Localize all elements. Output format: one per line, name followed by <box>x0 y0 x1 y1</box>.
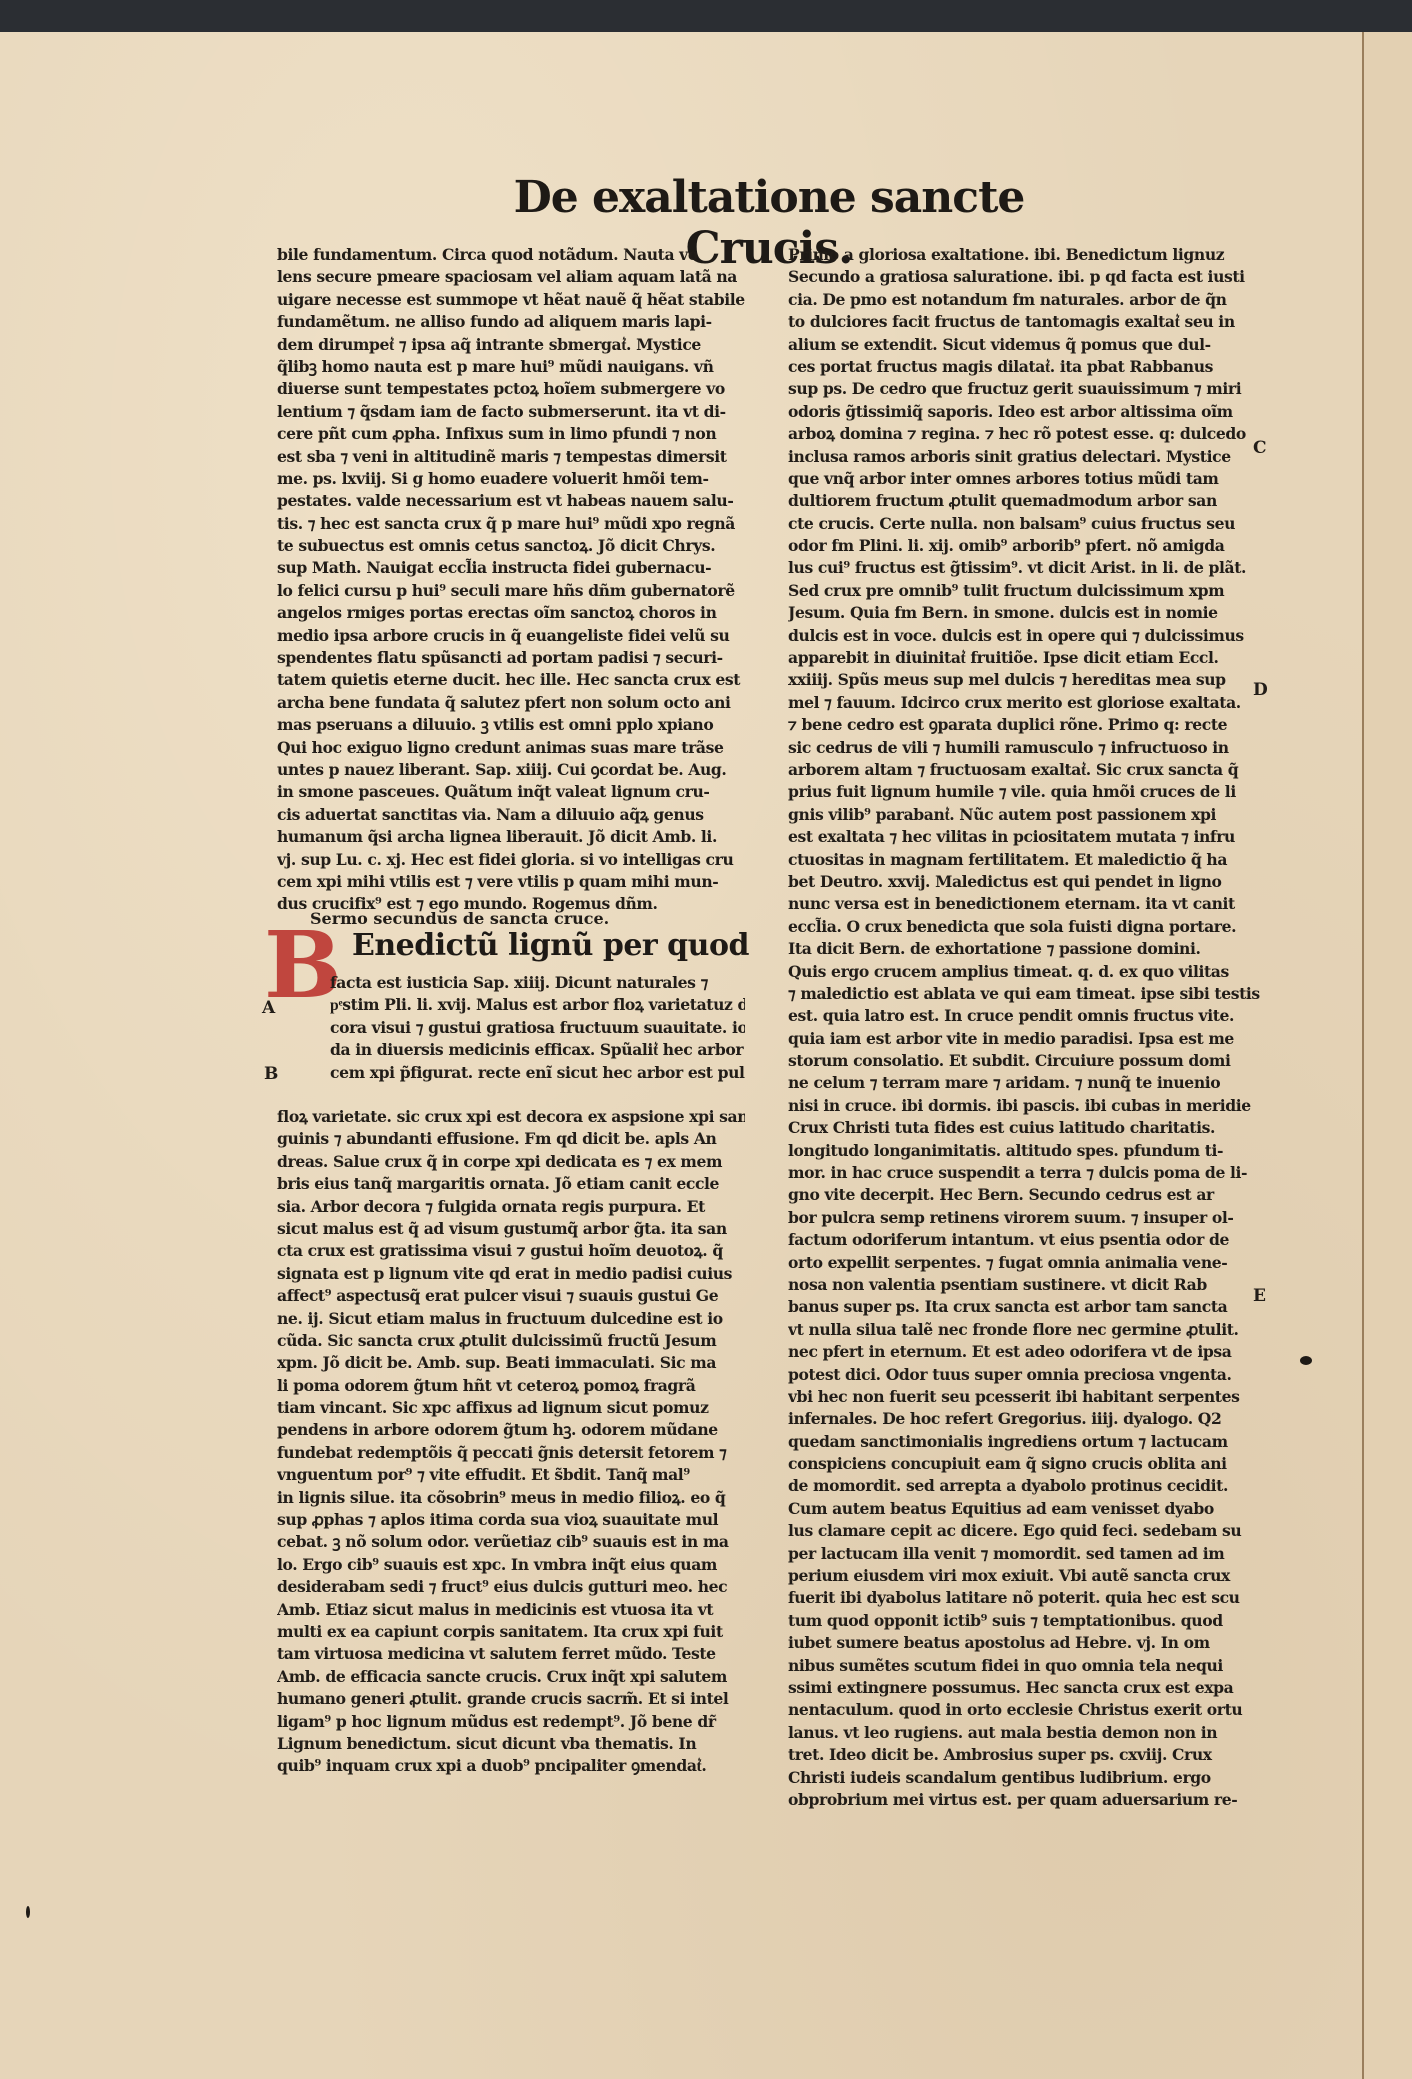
text-line: sup ꝓphas ⁊ aplos itima corda sua vioꝝ s… <box>277 1509 745 1531</box>
text-line: lanus. vt leo rugiens. aut mala bestia d… <box>788 1722 1268 1744</box>
text-line: fundamẽtum. ne alliso fundo ad aliquem m… <box>277 311 745 333</box>
margin-letter-d: D <box>1253 680 1268 700</box>
text-line: Christi iudeis scandalum gentibus ludibr… <box>788 1767 1268 1789</box>
text-line: cebat. ꝫ nõ solum odor. verũetiaz cib⁹ s… <box>277 1531 745 1553</box>
text-line: orto expellit serpentes. ⁊ fugat omnia a… <box>788 1252 1268 1274</box>
text-line: medio ipsa arbore crucis in q̃ euangelis… <box>277 625 745 647</box>
text-line: pendens in arbore odorem g̃tum hꝫ. odore… <box>277 1419 745 1441</box>
text-line: xpm. Jõ dicit be. Amb. sup. Beati immacu… <box>277 1352 745 1374</box>
text-line: dulcis est in voce. dulcis est in opere … <box>788 625 1268 647</box>
text-line: est. quia latro est. In cruce pendit omn… <box>788 1005 1268 1027</box>
text-line: nibus sumẽtes scutum fidei in quo omnia … <box>788 1655 1268 1677</box>
text-line: lentium ⁊ q̃sdam iam de facto submerseru… <box>277 401 745 423</box>
text-line: vnguentum por⁹ ⁊ vite effudit. Et s̃bdit… <box>277 1464 745 1486</box>
text-line: cere pñt cum ꝓpha. Infixus sum in limo p… <box>277 423 745 445</box>
text-line: Primo a gloriosa exaltatione. ibi. Bened… <box>788 244 1268 266</box>
text-line: cem xpi mihi vtilis est ⁊ vere vtilis p … <box>277 871 745 893</box>
text-line: floꝝ varietate. sic crux xpi est decora … <box>277 1106 745 1128</box>
text-line: signata est p lignum vite qd erat in med… <box>277 1263 745 1285</box>
text-line: untes p nauez liberant. Sap. xiiij. Cui … <box>277 759 745 781</box>
text-line: Ita dicit Bern. de exhortatione ⁊ passio… <box>788 938 1268 960</box>
right-column: Primo a gloriosa exaltatione. ibi. Bened… <box>788 244 1268 1811</box>
text-line: quib⁹ inquam crux xpi a duob⁹ pncipalite… <box>277 1755 745 1777</box>
text-line: diuerse sunt tempestates pctoꝝ hoĩem sub… <box>277 378 745 400</box>
text-line: odor fm Plini. li. xij. omib⁹ arborib⁹ p… <box>788 535 1268 557</box>
text-line: ctuositas in magnam fertilitatem. Et mal… <box>788 849 1268 871</box>
text-line: tatem quietis eterne ducit. hec ille. He… <box>277 669 745 691</box>
text-line: lus cui⁹ fructus est g̃tissim⁹. vt dicit… <box>788 557 1268 579</box>
text-line: cem xpi p̃figurat. recte enĩ sicut hec a… <box>330 1062 745 1084</box>
text-line: prius fuit lignum humile ⁊ vile. quia hm… <box>788 781 1268 803</box>
text-line: te subuectus est omnis cetus sanctoꝝ. Jõ… <box>277 535 745 557</box>
text-line: dreas. Salue crux q̃ in corpe xpi dedica… <box>277 1151 745 1173</box>
text-line: storum consolatio. Et subdit. Circuiure … <box>788 1050 1268 1072</box>
text-line: Jesum. Quia fm Bern. in smone. dulcis es… <box>788 602 1268 624</box>
text-line: odoris g̃tissimiq̃ saporis. Ideo est arb… <box>788 401 1268 423</box>
margin-letter-a: A <box>262 998 275 1018</box>
text-line: xxiiij. Spũs meus sup mel dulcis ⁊ hered… <box>788 669 1268 691</box>
text-line: fundebat redemptõis q̃ peccati g̃nis det… <box>277 1442 745 1464</box>
text-line: to dulciores facit fructus de tantomagis… <box>788 311 1268 333</box>
text-line: bet Deutro. xxvij. Maledictus est qui pe… <box>788 871 1268 893</box>
text-line: nentaculum. quod in orto ecclesie Christ… <box>788 1699 1268 1721</box>
text-line: tiam vincant. Sic xpc affixus ad lignum … <box>277 1397 745 1419</box>
text-line: obprobrium mei virtus est. per quam adue… <box>788 1789 1268 1811</box>
text-line: lens secure pmeare spaciosam vel aliam a… <box>277 266 745 288</box>
text-line: sup Math. Nauigat eccl̃ia instructa fide… <box>277 557 745 579</box>
text-line: in lignis silue. ita cõsobrin⁹ meus in m… <box>277 1487 745 1509</box>
page-fold-line <box>1362 32 1364 2079</box>
text-line: humanum q̃si archa lignea liberauit. Jõ … <box>277 826 745 848</box>
text-line: tum quod opponit ictib⁹ suis ⁊ temptatio… <box>788 1610 1268 1632</box>
text-line: arboꝝ domina ⁊ regina. ⁊ hec rõ potest e… <box>788 423 1268 445</box>
margin-letter-e: E <box>1253 1286 1266 1306</box>
ink-blot <box>1300 1356 1312 1365</box>
text-line: Cum autem beatus Equitius ad eam venisse… <box>788 1498 1268 1520</box>
text-line: tis. ⁊ hec est sancta crux q̃ p mare hui… <box>277 513 745 535</box>
text-line: guinis ⁊ abundanti effusione. Fm qd dici… <box>277 1128 745 1150</box>
text-line: perium eiusdem viri mox exiuit. Vbi autẽ… <box>788 1565 1268 1587</box>
text-line: gnis vilib⁹ parabant͛. Nũc autem post pa… <box>788 804 1268 826</box>
text-line: cis aduertat sanctitas via. Nam a diluui… <box>277 804 745 826</box>
text-line: apparebit in diuinitat͛ fruitiõe. Ipse d… <box>788 647 1268 669</box>
text-line: que vnq̃ arbor inter omnes arbores totiu… <box>788 468 1268 490</box>
text-line: cte crucis. Certe nulla. non balsam⁹ cui… <box>788 513 1268 535</box>
margin-letter-b: B <box>264 1064 278 1084</box>
text-line: nec pfert in eternum. Et est adeo odorif… <box>788 1341 1268 1363</box>
text-line: arborem altam ⁊ fructuosam exaltat͛. Sic… <box>788 759 1268 781</box>
text-line: dultiorem fructum ꝓtulit quemadmodum arb… <box>788 490 1268 512</box>
text-line: bor pulcra semp retinens virorem suum. ⁊… <box>788 1207 1268 1229</box>
text-line: potest dici. Odor tuus super omnia preci… <box>788 1364 1268 1386</box>
text-line: gno vite decerpit. Hec Bern. Secundo ced… <box>788 1184 1268 1206</box>
margin-letter-c: C <box>1253 438 1267 458</box>
text-line: longitudo longanimitatis. altitudo spes.… <box>788 1140 1268 1162</box>
text-line: ⁊ bene cedro est ꝯparata duplici rõne. P… <box>788 714 1268 736</box>
text-line: mas pseruans a diluuio. ꝫ vtilis est omn… <box>277 714 745 736</box>
text-line: lus clamare cepit ac dicere. Ego quid fe… <box>788 1520 1268 1542</box>
text-line: pͤstim Pli. li. xvij. Malus est arbor fl… <box>330 994 745 1016</box>
text-line: Amb. Etiaz sicut malus in medicinis est … <box>277 1599 745 1621</box>
text-line: vj. sup Lu. c. xj. Hec est fidei gloria.… <box>277 849 745 871</box>
text-line: tret. Ideo dicit be. Ambrosius super ps.… <box>788 1744 1268 1766</box>
text-line: alium se extendit. Sicut videmus q̃ pomu… <box>788 334 1268 356</box>
text-line: infernales. De hoc refert Gregorius. iii… <box>788 1408 1268 1430</box>
text-line: cora visui ⁊ gustui gratiosa fructuum su… <box>330 1017 745 1039</box>
text-line: iubet sumere beatus apostolus ad Hebre. … <box>788 1632 1268 1654</box>
sermon-heading: Sermo secundus de sancta cruce. <box>310 909 609 928</box>
text-line: dem dirumpet͛ ⁊ ipsa aq̃ intrante sbmerg… <box>277 334 745 356</box>
ink-mark <box>26 1906 30 1918</box>
left-column-sermon-head: facta est iusticia Sap. xiiij. Dicunt na… <box>330 972 745 1084</box>
text-line: ne celum ⁊ terram mare ⁊ aridam. ⁊ nunq̃… <box>788 1072 1268 1094</box>
text-line: sic cedrus de vili ⁊ humili ramusculo ⁊ … <box>788 737 1268 759</box>
text-line: Qui hoc exiguo ligno credunt animas suas… <box>277 737 745 759</box>
text-line: quedam sanctimonialis ingrediens ortum ⁊… <box>788 1431 1268 1453</box>
text-line: cta crux est gratissima visui ⁊ gustui h… <box>277 1240 745 1262</box>
text-line: sicut malus est q̃ ad visum gustumq̃ arb… <box>277 1218 745 1240</box>
text-line: tam virtuosa medicina vt salutem ferret … <box>277 1643 745 1665</box>
text-line: Quis ergo crucem amplius timeat. q. d. e… <box>788 961 1268 983</box>
scan-background <box>0 0 1412 36</box>
text-line: sup ps. De cedro que fructuz gerit suaui… <box>788 378 1268 400</box>
text-line: est sba ⁊ veni in altitudinẽ maris ⁊ tem… <box>277 446 745 468</box>
text-line: ne. ij. Sicut etiam malus in fructuum du… <box>277 1308 745 1330</box>
text-line: archa bene fundata q̃ salutez pfert non … <box>277 692 745 714</box>
text-line: facta est iusticia Sap. xiiij. Dicunt na… <box>330 972 745 994</box>
text-line: angelos rmiges portas erectas oĩm sancto… <box>277 602 745 624</box>
text-line: nisi in cruce. ibi dormis. ibi pascis. i… <box>788 1095 1268 1117</box>
text-line: Sed crux pre omnib⁹ tulit fructum dulcis… <box>788 580 1268 602</box>
text-line: ssimi extingnere possumus. Hec sancta cr… <box>788 1677 1268 1699</box>
text-line: Crux Christi tuta fides est cuius latitu… <box>788 1117 1268 1139</box>
text-line: nunc versa est in benedictionem eternam.… <box>788 893 1268 915</box>
text-line: desiderabam sedi ⁊ fruct⁹ eius dulcis gu… <box>277 1576 745 1598</box>
text-line: mel ⁊ fauum. Idcirco crux merito est glo… <box>788 692 1268 714</box>
text-line: ⁊ maledictio est ablata ve qui eam timea… <box>788 983 1268 1005</box>
text-line: ligam⁹ p hoc lignum mũdus est redempt⁹. … <box>277 1711 745 1733</box>
text-line: de momordit. sed arrepta a dyabolo proti… <box>788 1475 1268 1497</box>
text-line: inclusa ramos arboris sinit gratius dele… <box>788 446 1268 468</box>
text-line: lo felici cursu p hui⁹ seculi mare hñs d… <box>277 580 745 602</box>
text-line: spendentes flatu spũsancti ad portam pad… <box>277 647 745 669</box>
text-line: Secundo a gratiosa saluratione. ibi. p q… <box>788 266 1268 288</box>
text-line: quia iam est arbor vite in medio paradis… <box>788 1028 1268 1050</box>
text-line: mor. in hac cruce suspendit a terra ⁊ du… <box>788 1162 1268 1184</box>
text-line: ces portat fructus magis dilatat͛. ita p… <box>788 356 1268 378</box>
text-line: nosa non valentia psentiam sustinere. vt… <box>788 1274 1268 1296</box>
text-line: da in diuersis medicinis efficax. Spũali… <box>330 1039 745 1061</box>
text-line: multi ex ea capiunt corpis sanitatem. It… <box>277 1621 745 1643</box>
text-line: me. ps. lxviij. Si g homo euadere voluer… <box>277 468 745 490</box>
text-line: Lignum benedictum. sicut dicunt vba them… <box>277 1733 745 1755</box>
text-line: Amb. de efficacia sancte crucis. Crux in… <box>277 1666 745 1688</box>
text-line: vbi hec non fuerit seu pcesserit ibi hab… <box>788 1386 1268 1408</box>
left-column-sermon: floꝝ varietate. sic crux xpi est decora … <box>277 1106 745 1778</box>
text-line: q̃libꝫ homo nauta est p mare hui⁹ mũdi n… <box>277 356 745 378</box>
text-line: bris eius tanq̃ margaritis ornata. Jõ et… <box>277 1173 745 1195</box>
text-line: cia. De pmo est notandum fm naturales. a… <box>788 289 1268 311</box>
text-line: cũda. Sic sancta crux ꝓtulit dulcissimũ … <box>277 1330 745 1352</box>
text-line: eccl̃ia. O crux benedicta que sola fuist… <box>788 916 1268 938</box>
sermon-incipit: Enedictũ lignũ per quod <box>352 928 749 963</box>
text-line: banus super ps. Ita crux sancta est arbo… <box>788 1296 1268 1318</box>
left-column-top: bile fundamentum. Circa quod notãdum. Na… <box>277 244 745 916</box>
text-line: affect⁹ aspectusq̃ erat pulcer visui ⁊ s… <box>277 1285 745 1307</box>
text-line: factum odoriferum intantum. vt eius psen… <box>788 1229 1268 1251</box>
text-line: li poma odorem g̃tum hñt vt ceteroꝝ pomo… <box>277 1375 745 1397</box>
adjacent-page-edge <box>1364 32 1412 2079</box>
text-line: sia. Arbor decora ⁊ fulgida ornata regis… <box>277 1196 745 1218</box>
text-line: pestates. valde necessarium est vt habea… <box>277 490 745 512</box>
text-line: humano generi ꝓtulit. grande crucis sacr… <box>277 1688 745 1710</box>
text-line: bile fundamentum. Circa quod notãdum. Na… <box>277 244 745 266</box>
text-line: lo. Ergo cib⁹ suauis est xpc. In vmbra i… <box>277 1554 745 1576</box>
text-line: vt nulla silua talẽ nec fronde flore nec… <box>788 1319 1268 1341</box>
text-line: per lactucam illa venit ⁊ momordit. sed … <box>788 1543 1268 1565</box>
text-line: conspiciens concupiuit eam q̃ signo cruc… <box>788 1453 1268 1475</box>
text-line: uigare necesse est summope vt hẽat nauẽ … <box>277 289 745 311</box>
text-line: est exaltata ⁊ hec vilitas in pciositate… <box>788 826 1268 848</box>
text-line: in smone pasceues. Quãtum inq̃t valeat l… <box>277 781 745 803</box>
text-line: fuerit ibi dyabolus latitare nõ poterit.… <box>788 1587 1268 1609</box>
